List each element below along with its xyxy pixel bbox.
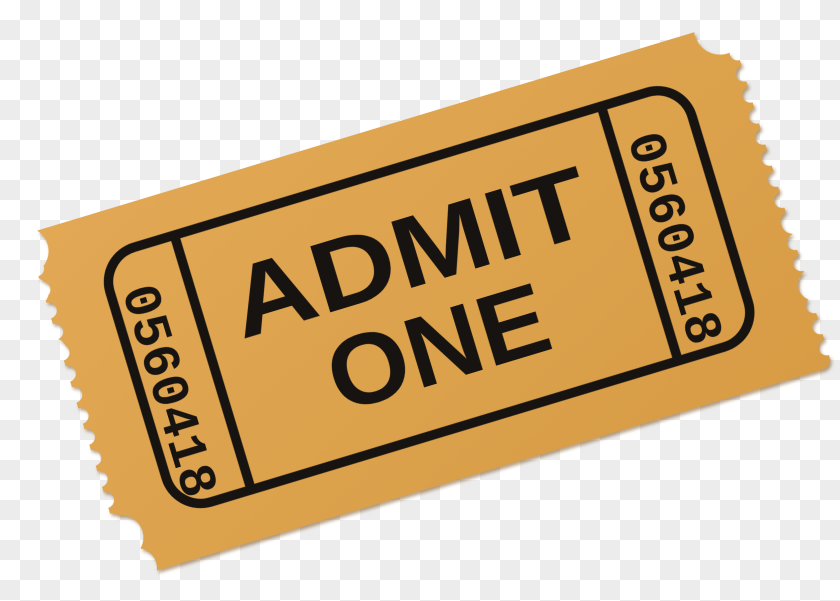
admit-one-ticket-graphic: 0560418 ADMIT ONE 0560418 xyxy=(0,0,840,601)
transparency-checkerboard: 0560418 ADMIT ONE 0560418 xyxy=(0,0,840,601)
ticket: 0560418 ADMIT ONE 0560418 xyxy=(26,22,833,579)
